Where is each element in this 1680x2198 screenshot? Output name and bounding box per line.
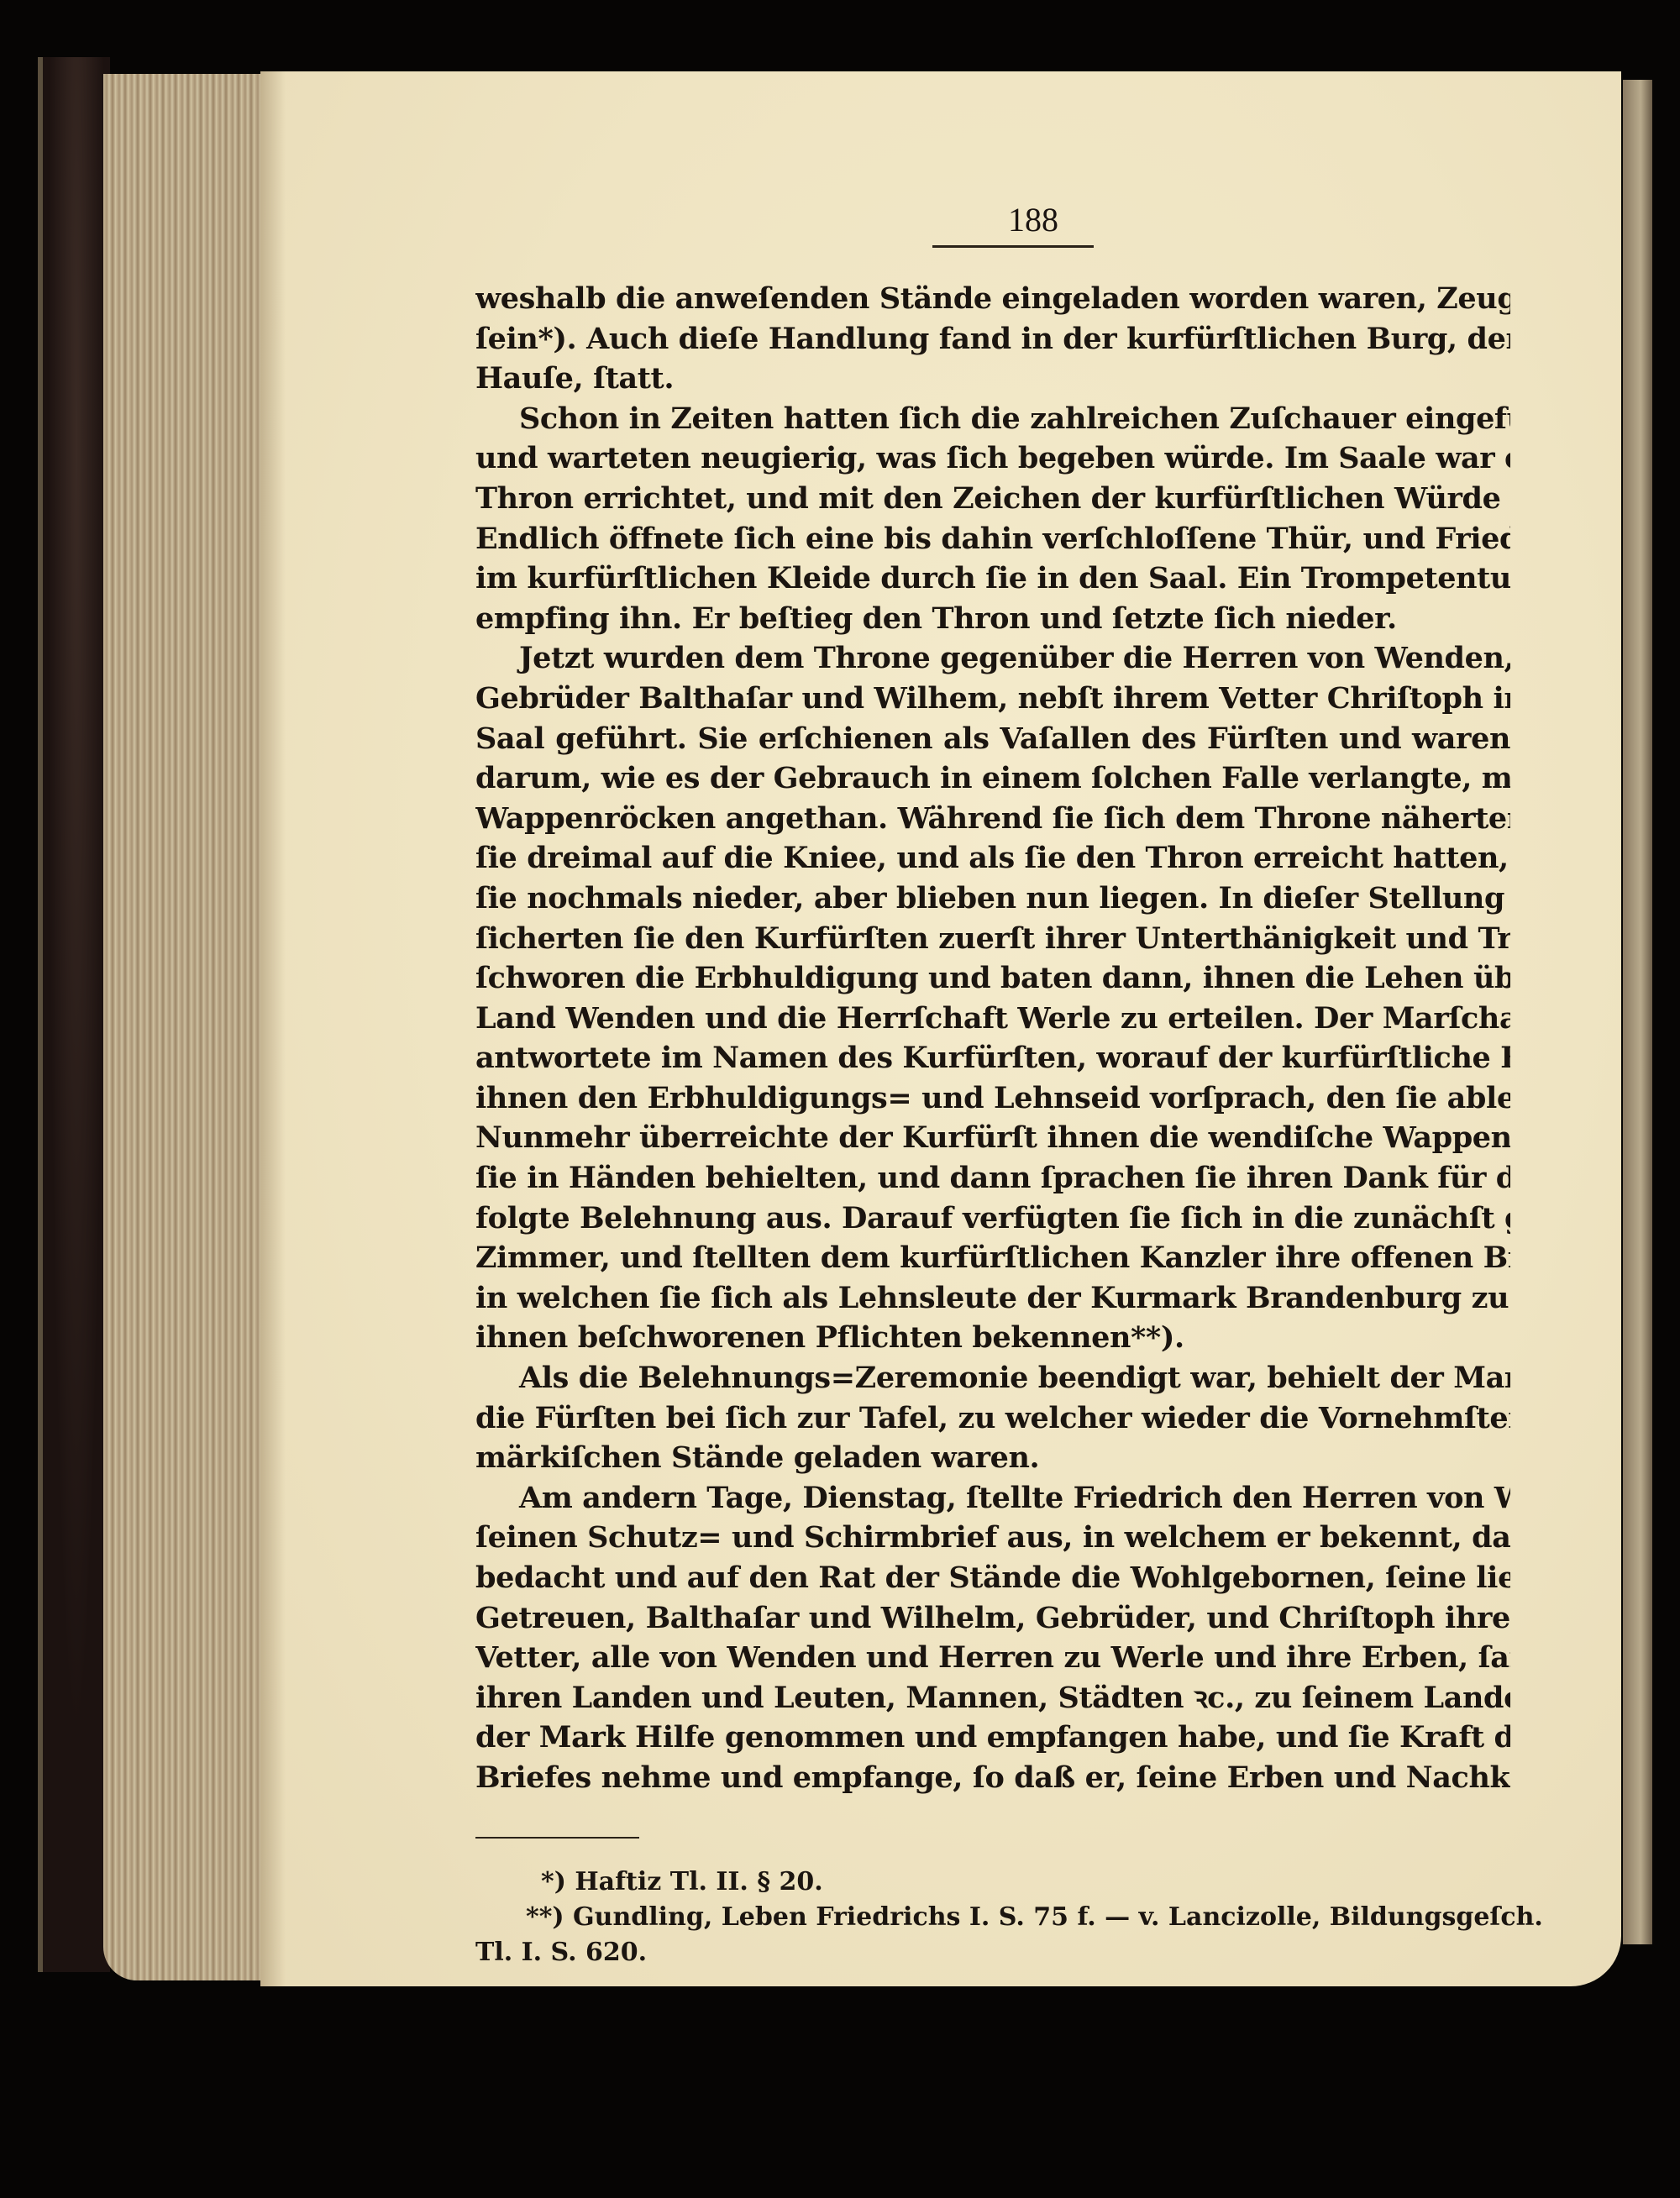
page-number: 188: [937, 200, 1130, 239]
adjacent-page-edge: [1623, 80, 1652, 1944]
text-line: Vetter, alle von Wenden und Herren zu We…: [475, 1638, 1510, 1678]
book-cover-left: [38, 57, 110, 1972]
text-line: Schon in Zeiten hatten ſich die zahlreic…: [475, 399, 1510, 439]
footnotes: *) Haftiz Tl. II. § 20. **) Gundling, Le…: [475, 1865, 1510, 1970]
text-line: Als die Belehnungs=Zeremonie beendigt wa…: [475, 1358, 1510, 1398]
text-line: Land Wenden und die Herrſchaft Werle zu …: [475, 999, 1510, 1039]
text-line: ſicherten ſie den Kurfürſten zuerſt ihre…: [475, 919, 1510, 959]
text-line: ſie dreimal auf die Kniee, und als ſie d…: [475, 838, 1510, 879]
text-line: ſchworen die Erbhuldigung und baten dann…: [475, 958, 1510, 999]
text-line: ihnen beſchworenen Pflichten bekennen**)…: [475, 1318, 1510, 1358]
text-line: und warteten neugierig, was ſich begeben…: [475, 438, 1510, 479]
text-line: Wappenröcken angethan. Während ſie ſich …: [475, 799, 1510, 839]
text-line: ſeinen Schutz= und Schirmbrief aus, in w…: [475, 1518, 1510, 1558]
text-line: in welchen ſie ſich als Lehnsleute der K…: [475, 1278, 1510, 1319]
text-line: ihnen den Erbhuldigungs= und Lehnseid vo…: [475, 1078, 1510, 1119]
text-line: ihren Landen und Leuten, Mannen, Städten…: [475, 1678, 1510, 1718]
text-line: bedacht und auf den Rat der Stände die W…: [475, 1558, 1510, 1598]
page-edges: [103, 74, 263, 1980]
text-line: Jetzt wurden dem Throne gegenüber die He…: [475, 638, 1510, 679]
text-line: Getreuen, Balthaſar und Wilhelm, Gebrüde…: [475, 1598, 1510, 1639]
text-line: Thron errichtet, und mit den Zeichen der…: [475, 479, 1510, 519]
text-line: folgte Belehnung aus. Darauf verfügten ſ…: [475, 1199, 1510, 1239]
text-line: der Mark Hilfe genommen und empfangen ha…: [475, 1718, 1510, 1758]
gutter-shadow: [260, 71, 286, 1986]
footnote: **) Gundling, Leben Friedrichs I. S. 75 …: [475, 1900, 1510, 1935]
text-line: Briefes nehme und empfange, ſo daß er, ſ…: [475, 1758, 1510, 1798]
text-line: empfing ihn. Er beſtieg den Thron und ſe…: [475, 599, 1510, 639]
text-line: weshalb die anweſenden Stände eingeladen…: [475, 279, 1510, 319]
text-line: die Fürſten bei ſich zur Tafel, zu welch…: [475, 1398, 1510, 1439]
text-line: märkiſchen Stände geladen waren.: [475, 1438, 1510, 1478]
body-text: weshalb die anweſenden Stände eingeladen…: [475, 279, 1510, 1798]
text-line: Saal geführt. Sie erſchienen als Vaſalle…: [475, 719, 1510, 759]
footnote-rule: [475, 1837, 639, 1839]
page-number-rule: [932, 245, 1094, 248]
text-line: Am andern Tage, Dienstag, ſtellte Friedr…: [475, 1478, 1510, 1519]
text-line: ſein*). Auch dieſe Handlung fand in der …: [475, 319, 1510, 359]
text-line: Gebrüder Balthaſar und Wilhem, nebſt ihr…: [475, 679, 1510, 719]
text-line: ſie in Händen behielten, und dann ſprach…: [475, 1158, 1510, 1199]
footnote: *) Haftiz Tl. II. § 20.: [475, 1865, 1510, 1900]
footnote-continuation: Tl. I. S. 620.: [475, 1935, 1510, 1970]
text-line: Hauſe, ſtatt.: [475, 359, 1510, 399]
text-line: ſie nochmals nieder, aber blieben nun li…: [475, 879, 1510, 919]
text-line: Nunmehr überreichte der Kurfürſt ihnen d…: [475, 1118, 1510, 1158]
text-line: darum, wie es der Gebrauch in einem ſolc…: [475, 758, 1510, 799]
text-line: im kurfürſtlichen Kleide durch ſie in de…: [475, 559, 1510, 599]
text-line: Endlich öffnete ſich eine bis dahin verſ…: [475, 519, 1510, 559]
text-line: Zimmer, und ſtellten dem kurfürſtlichen …: [475, 1238, 1510, 1278]
text-line: antwortete im Namen des Kurfürſten, wora…: [475, 1038, 1510, 1078]
